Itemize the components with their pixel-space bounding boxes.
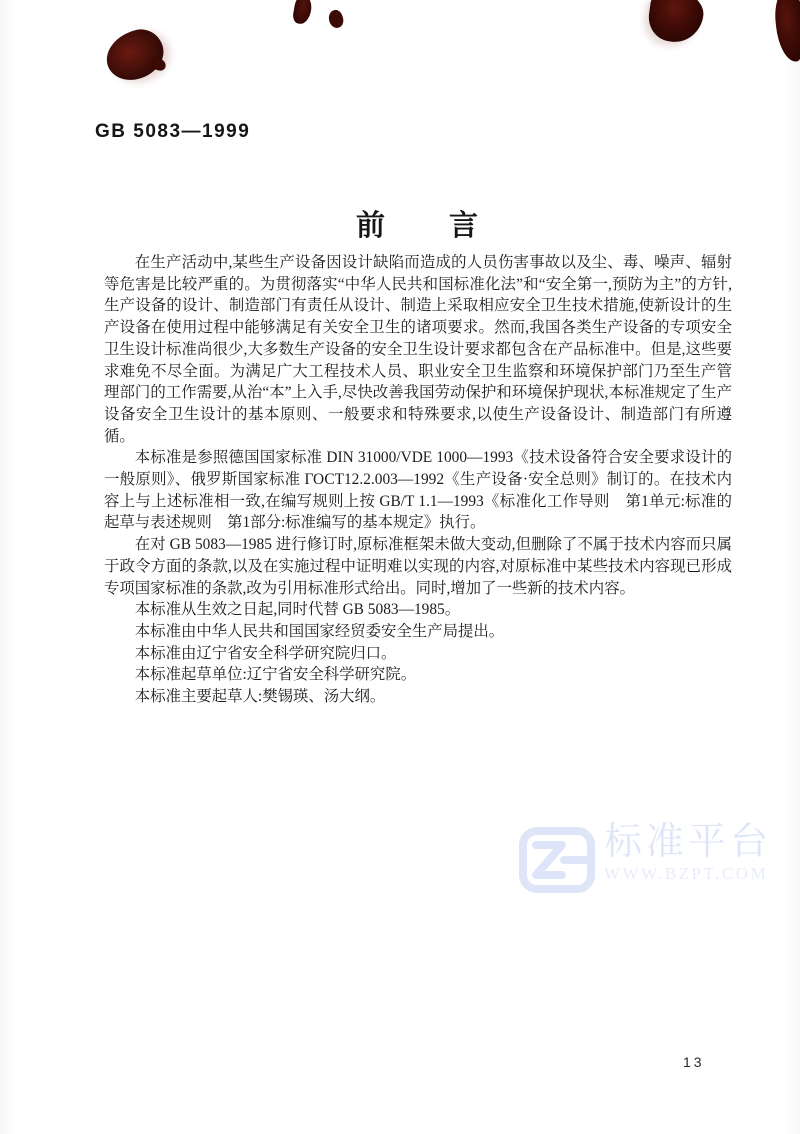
document-page: GB 5083—1999 前 言 在生产活动中,某些生产设备因设计缺陷而造成的人… bbox=[0, 0, 800, 1134]
foreword-body: 在生产活动中,某些生产设备因设计缺陷而造成的人员伤害事故以及尘、毒、噪声、辐射等… bbox=[104, 252, 732, 708]
ink-stain bbox=[772, 0, 800, 63]
ink-stain bbox=[292, 0, 314, 25]
bzpt-logo-icon bbox=[518, 826, 598, 894]
watermark-name: 标准平台 bbox=[604, 822, 772, 862]
ink-stain bbox=[327, 8, 346, 29]
page-number: 13 bbox=[683, 1054, 705, 1070]
page-title: 前 言 bbox=[104, 203, 732, 244]
paragraph: 在生产活动中,某些生产设备因设计缺陷而造成的人员伤害事故以及尘、毒、噪声、辐射等… bbox=[104, 252, 732, 447]
paragraph: 在对 GB 5083—1985 进行修订时,原标准框架未做大变动,但删除了不属于… bbox=[104, 534, 732, 599]
standard-code: GB 5083—1999 bbox=[95, 121, 250, 143]
paragraph: 本标准是参照德国国家标准 DIN 31000/VDE 1000—1993《技术设… bbox=[104, 447, 732, 534]
paragraph: 本标准由中华人民共和国国家经贸委安全生产局提出。 bbox=[104, 621, 732, 643]
ink-stain bbox=[101, 25, 169, 86]
ink-stain bbox=[148, 56, 167, 73]
paragraph: 本标准主要起草人:樊锡瑛、汤大纲。 bbox=[104, 686, 732, 708]
watermark-texts: 标准平台 WWW.BZPT.COM bbox=[604, 822, 772, 884]
paragraph: 本标准从生效之日起,同时代替 GB 5083—1985。 bbox=[104, 599, 732, 621]
watermark-url: WWW.BZPT.COM bbox=[604, 864, 772, 884]
ink-stain bbox=[646, 0, 707, 46]
paragraph: 本标准起草单位:辽宁省安全科学研究院。 bbox=[104, 664, 732, 686]
watermark: 标准平台 WWW.BZPT.COM bbox=[518, 822, 772, 894]
paragraph: 本标准由辽宁省安全科学研究院归口。 bbox=[104, 643, 732, 665]
